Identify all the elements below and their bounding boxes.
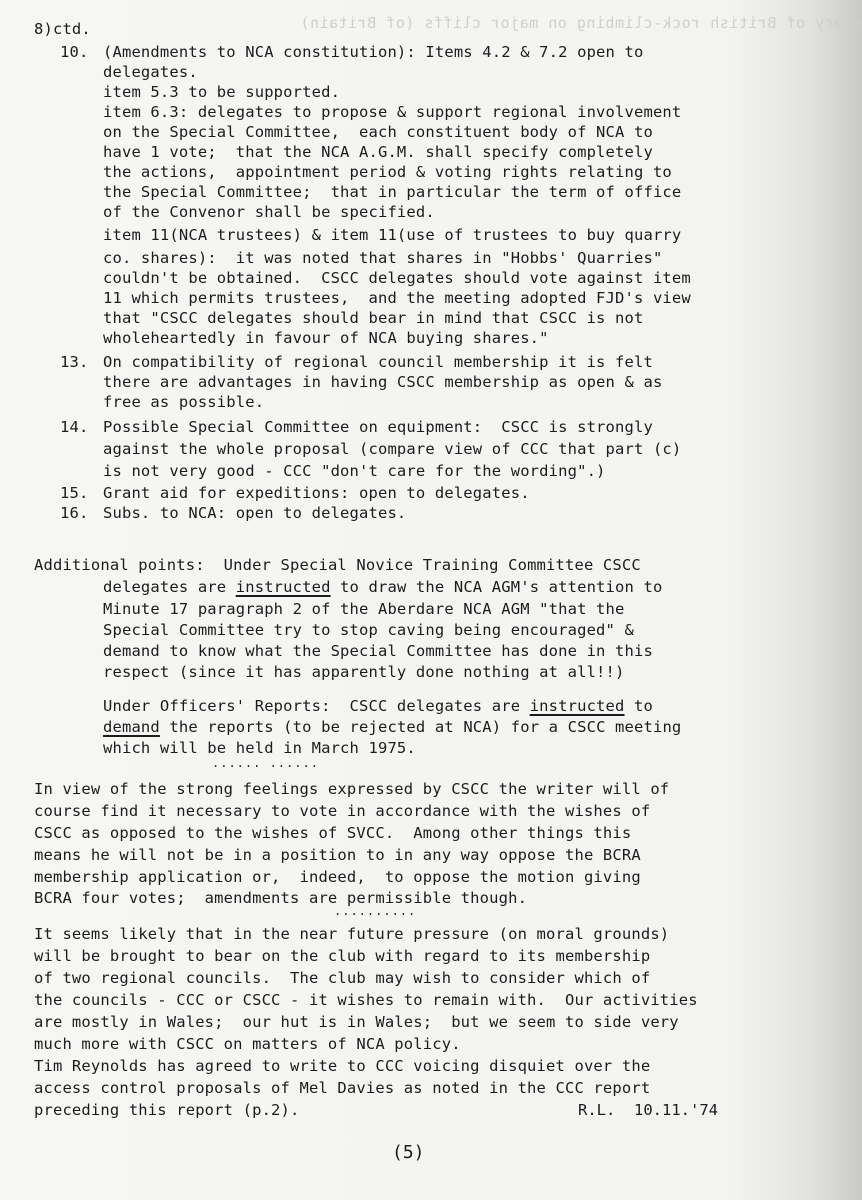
paragraph-line: It seems likely that in the near future … (34, 925, 669, 944)
item-number: 15. (60, 484, 88, 503)
paragraph-line: membership application or, indeed, to op… (34, 868, 641, 887)
item-number: 13. (60, 353, 88, 372)
item-14-line: Possible Special Committee on equipment:… (103, 418, 653, 437)
paragraph-line: the councils - CCC or CSCC - it wishes t… (34, 991, 698, 1010)
additional-points-line: Additional points: Under Special Novice … (34, 556, 641, 575)
item-number: 10. (60, 43, 88, 62)
additional-points-label: Additional points: (34, 556, 205, 574)
paragraph-line: BCRA four votes; amendments are permissi… (34, 889, 527, 908)
item-15-line: Grant aid for expeditions: open to deleg… (103, 484, 530, 503)
text: Under Officers' Reports: CSCC delegates … (103, 697, 530, 715)
item-10-line: item 6.3: delegates to propose & support… (103, 103, 681, 122)
item-10-line: on the Special Committee, each constitue… (103, 123, 653, 142)
separator-dots: ...... ...... (212, 756, 319, 770)
paragraph-line: preceding this report (p.2). (34, 1101, 300, 1120)
underlined-instructed: instructed (236, 578, 331, 596)
item-10-line: of the Convenor shall be specified. (103, 203, 435, 222)
text: delegates are (103, 578, 236, 596)
additional-points-line: Minute 17 paragraph 2 of the Aberdare NC… (103, 600, 625, 619)
additional-points-line: respect (since it has apparently done no… (103, 663, 625, 682)
paragraph-line: are mostly in Wales; our hut is in Wales… (34, 1013, 679, 1032)
paragraph-line: will be brought to bear on the club with… (34, 947, 650, 966)
item-13-line: free as possible. (103, 393, 264, 412)
underlined-instructed: instructed (530, 697, 625, 715)
additional-points-line: Special Committee try to stop caving bei… (103, 621, 634, 640)
additional-points-line: demand to know what the Special Committe… (103, 642, 653, 661)
signature-date: R.L. 10.11.'74 (578, 1101, 718, 1119)
paragraph-line: access control proposals of Mel Davies a… (34, 1079, 650, 1098)
paragraph-line: course find it necessary to vote in acco… (34, 802, 650, 821)
item-14-line: is not very good - CCC "don't care for t… (103, 462, 606, 481)
item-10-line: couldn't be obtained. CSCC delegates sho… (103, 269, 691, 288)
officers-reports-line: demand the reports (to be rejected at NC… (103, 718, 681, 737)
text: to (625, 697, 653, 715)
paragraph-line: of two regional councils. The club may w… (34, 969, 650, 988)
paragraph-line: much more with CSCC on matters of NCA po… (34, 1035, 461, 1054)
paragraph-line: Tim Reynolds has agreed to write to CCC … (34, 1057, 650, 1076)
section-marker: 8)ctd. (34, 20, 91, 39)
item-number: 14. (60, 418, 88, 437)
item-10-line: have 1 vote; that the NCA A.G.M. shall s… (103, 143, 653, 162)
page-number: (5) (392, 1142, 425, 1163)
underlined-demand: demand (103, 718, 160, 736)
item-13-line: On compatibility of regional council mem… (103, 353, 653, 372)
paragraph-line: CSCC as opposed to the wishes of SVCC. A… (34, 824, 631, 843)
item-10-line: item 11(NCA trustees) & item 11(use of t… (103, 226, 681, 245)
item-16-line: Subs. to NCA: open to delegates. (103, 504, 406, 523)
item-10-line: the actions, appointment period & voting… (103, 163, 672, 182)
item-13-line: there are advantages in having CSCC memb… (103, 373, 662, 392)
item-10-line: (Amendments to NCA constitution): Items … (103, 43, 643, 62)
item-10-line: co. shares): it was noted that shares in… (103, 249, 662, 268)
document-page: Brief history of British rock-climbing o… (0, 0, 862, 1200)
paragraph-line: In view of the strong feelings expressed… (34, 780, 669, 799)
item-14-line: against the whole proposal (compare view… (103, 440, 681, 459)
additional-points-text: Under Special Novice Training Committee … (205, 556, 641, 574)
item-10-line: item 5.3 to be supported. (103, 83, 340, 102)
bleed-through-text: Brief history of British rock-climbing o… (300, 14, 862, 32)
text: to draw the NCA AGM's attention to (331, 578, 663, 596)
item-10-line: that "CSCC delegates should bear in mind… (103, 309, 643, 328)
paragraph-line: means he will not be in a position to in… (34, 846, 641, 865)
text: the reports (to be rejected at NCA) for … (160, 718, 682, 736)
item-10-line: delegates. (103, 63, 198, 82)
officers-reports-line: Under Officers' Reports: CSCC delegates … (103, 697, 653, 716)
separator-dots: .......... (334, 904, 416, 918)
item-10-line: 11 which permits trustees, and the meeti… (103, 289, 691, 308)
additional-points-line: delegates are instructed to draw the NCA… (103, 578, 662, 597)
item-number: 16. (60, 504, 88, 523)
item-10-line: wholeheartedly in favour of NCA buying s… (103, 329, 549, 348)
item-10-line: the Special Committee; that in particula… (103, 183, 681, 202)
